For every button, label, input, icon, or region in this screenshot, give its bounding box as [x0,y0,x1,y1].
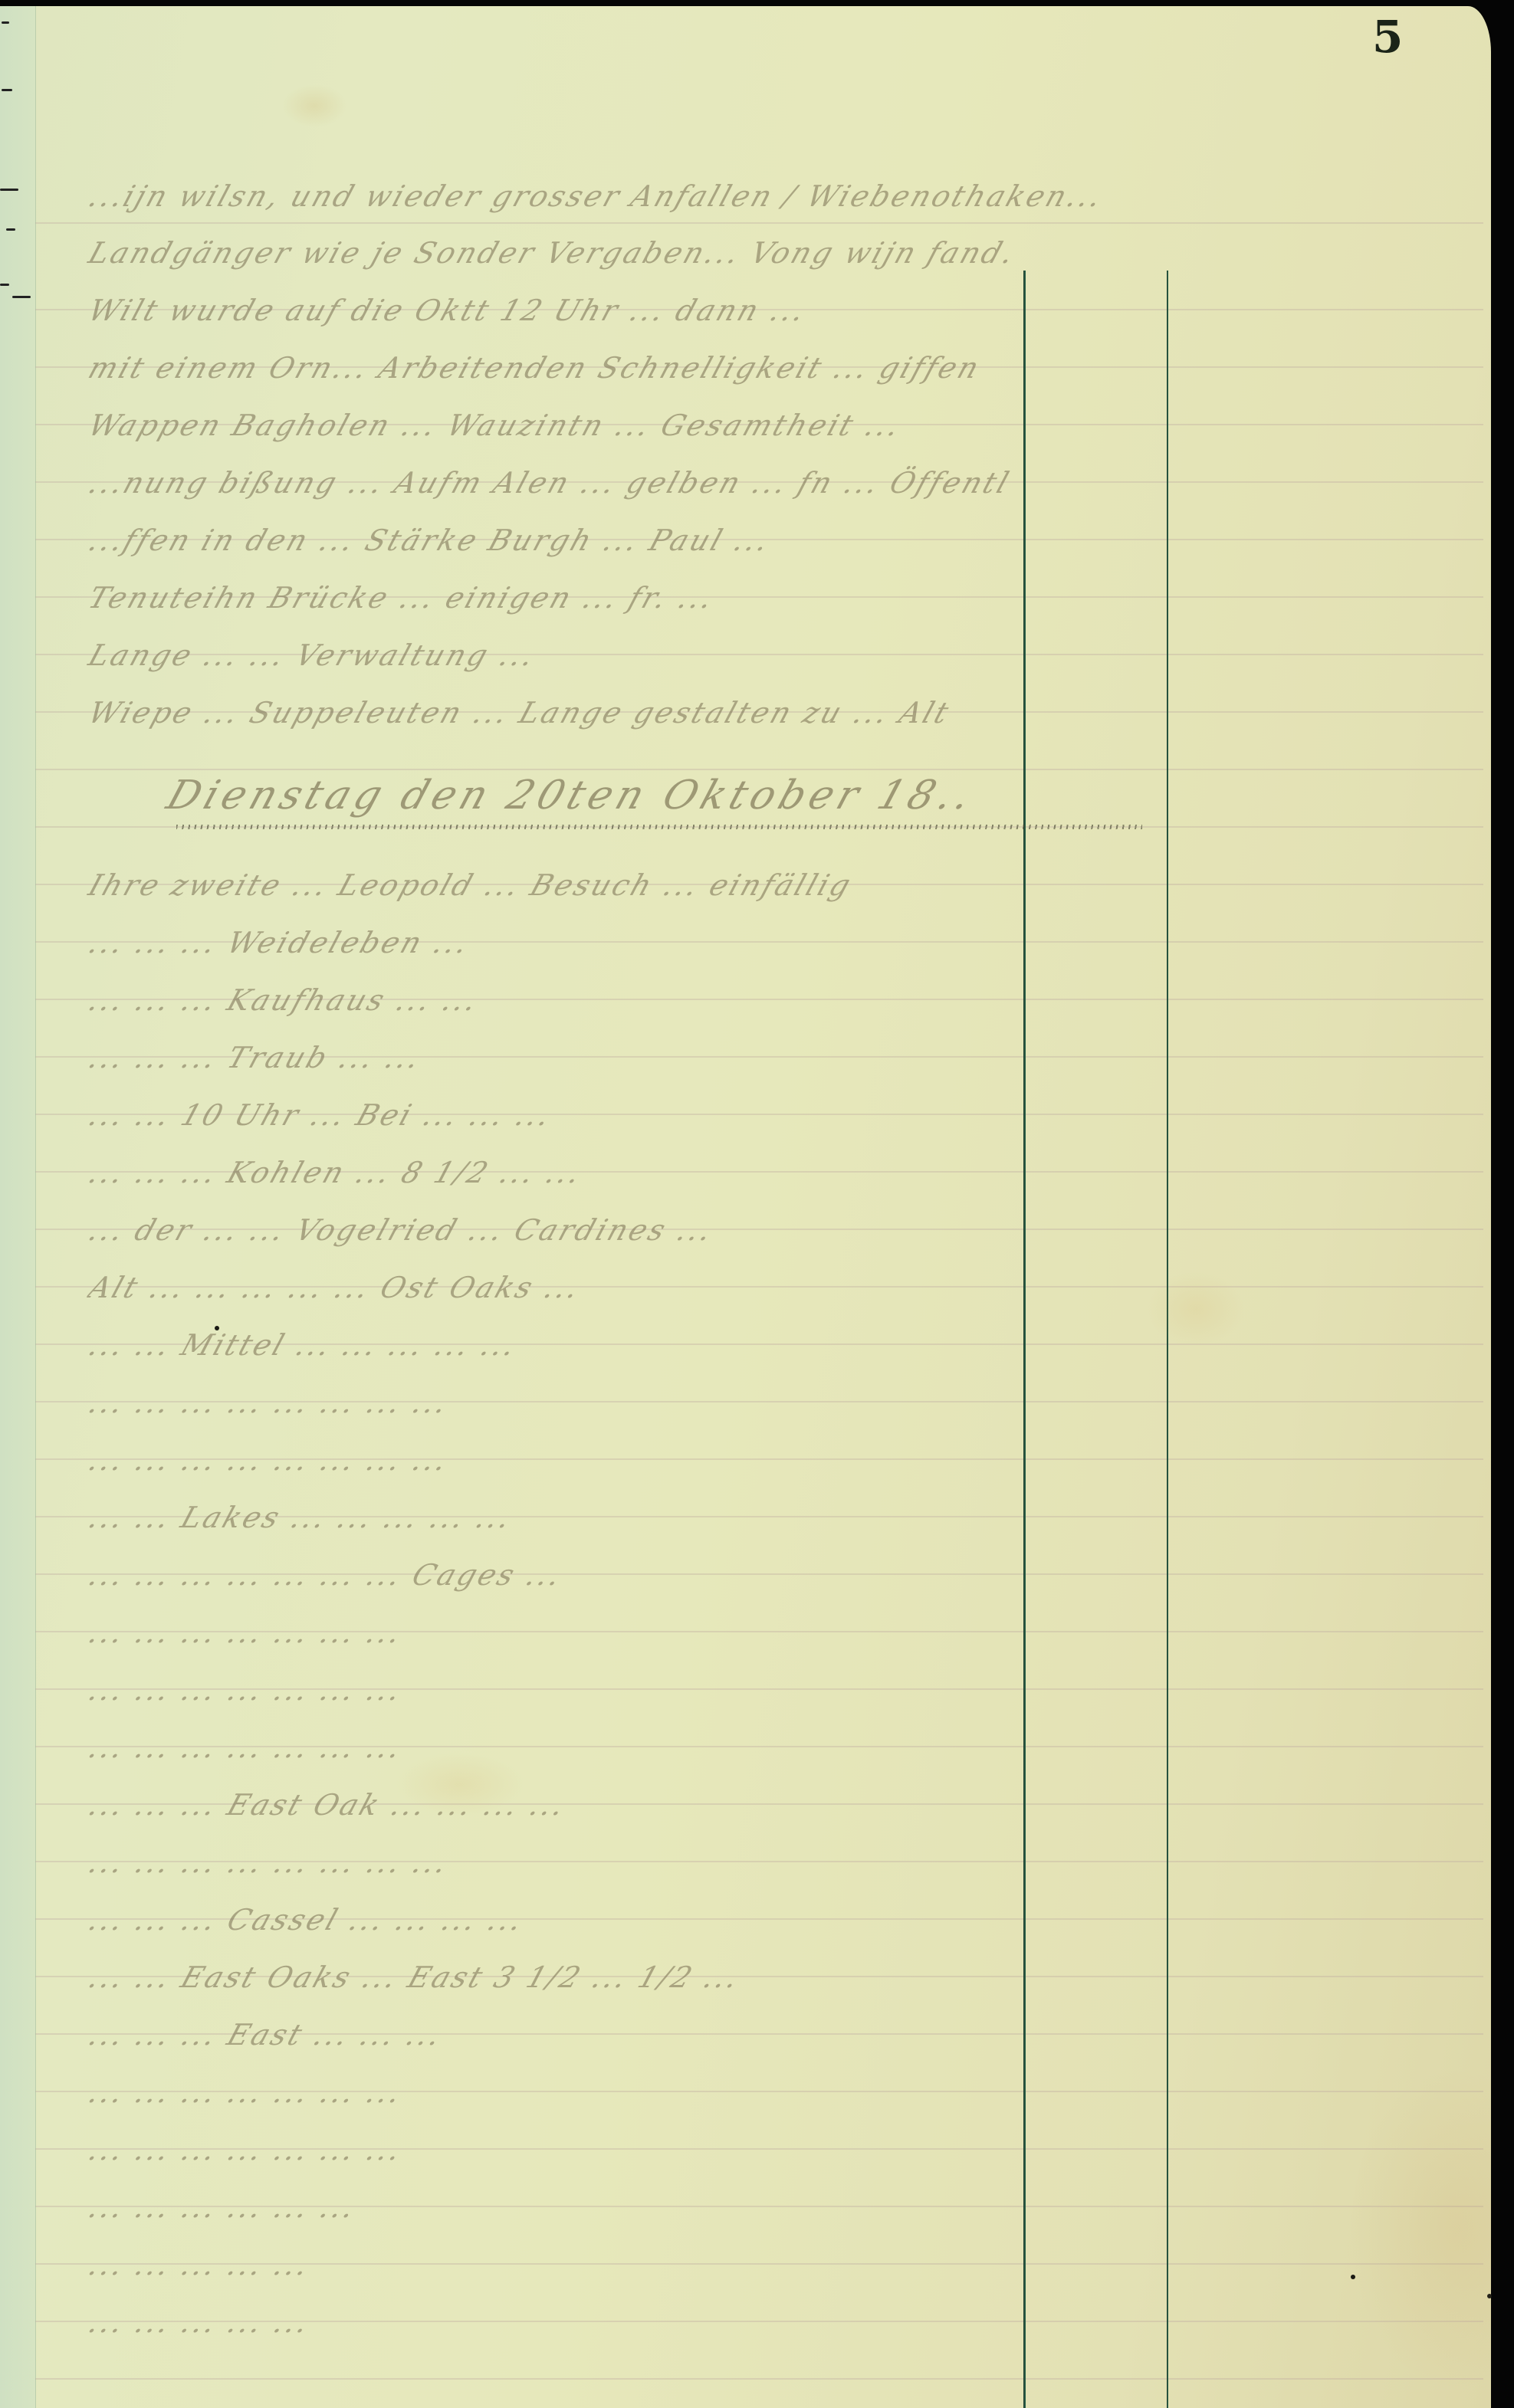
handwriting-line: Landgänger wie je Sonder Vergaben... Von… [84,236,1475,270]
handwriting-line: ... der ... ... Vogelried ... Cardines .… [84,1213,1475,1247]
handwriting-line: ... ... ... ... ... ... [84,2190,1475,2224]
handwriting-line: Wappen Bagholen ... Wauzintn ... Gesamth… [84,408,1475,442]
handwriting-line: ... ... ... ... ... ... ... [84,2075,1475,2109]
binding-strip [0,6,36,2408]
handwriting-line: ... ... East Oaks ... East 3 1/2 ... 1/2… [84,1960,1475,1994]
margin-mark [2,21,9,24]
handwriting-line: Lange ... ... Verwaltung ... [84,638,1475,672]
handwriting-line: ... ... ... ... ... ... ... Cages ... [84,1558,1475,1592]
margin-mark [0,189,18,191]
ink-speck [215,1326,219,1330]
handwriting-line: Wilt wurde auf die Oktt 12 Uhr ... dann … [84,294,1475,327]
handwriting-line: ... ... Lakes ... ... ... ... ... [84,1501,1475,1534]
handwriting-line: ... ... ... ... ... ... ... [84,1673,1475,1707]
handwriting-line: ... ... ... ... ... ... ... ... [84,1443,1475,1477]
ruled-line [35,769,1483,770]
handwriting-line: Alt ... ... ... ... ... Ost Oaks ... [84,1271,1475,1304]
handwriting-line: ...ijn wilsn, und wieder grosser Anfalle… [84,179,1475,213]
handwriting-line: ... ... ... ... ... ... ... [84,2133,1475,2167]
handwriting-line: ... ... ... Kohlen ... 8 1/2 ... ... [84,1156,1475,1189]
ledger-page: 5 ...ijn wilsn, und wieder grosser Anfal… [0,6,1491,2408]
handwriting-line: ... ... Mittel ... ... ... ... ... [84,1328,1475,1362]
handwriting-line: ...nung bißung ... Aufm Alen ... gelben … [84,466,1475,500]
handwriting-line: ... ... ... Weideleben ... [84,926,1475,960]
entry-heading: Dienstag den 20ten Oktober 18.. [161,773,980,819]
margin-mark [2,89,12,91]
handwriting-line: Ihre zweite ... Leopold ... Besuch ... e… [84,868,1475,902]
handwriting-line: ... ... ... Cassel ... ... ... ... [84,1903,1475,1937]
ruled-line [35,222,1483,224]
handwriting-line: ... ... ... East Oak ... ... ... ... [84,1788,1475,1822]
margin-mark [6,228,15,231]
ruled-line [35,2378,1483,2380]
heading-underline [176,825,1142,829]
page-number: 5 [1372,11,1403,63]
handwriting-line: Tenuteihn Brücke ... einigen ... fr. ... [84,581,1475,615]
handwriting-line: ...ffen in den ... Stärke Burgh ... Paul… [84,523,1475,557]
handwriting-line: ... ... ... ... ... [84,2248,1475,2282]
handwriting-line: ... ... ... ... ... ... ... [84,1616,1475,1649]
margin-mark [12,296,31,298]
handwriting-line: ... ... ... ... ... [84,2305,1475,2339]
handwriting-line: ... ... ... ... ... ... ... [84,1731,1475,1764]
ink-speck [1487,2294,1492,2298]
ink-speck [1351,2275,1355,2279]
handwriting-line: ... ... ... Kaufhaus ... ... [84,983,1475,1017]
handwriting-line: Wiepe ... Suppeleuten ... Lange gestalte… [84,696,1475,730]
handwriting-line: ... ... 10 Uhr ... Bei ... ... ... [84,1098,1475,1132]
margin-mark [0,284,9,286]
handwriting-line: mit einem Orn... Arbeitenden Schnelligke… [84,351,1475,385]
handwriting-line: ... ... ... East ... ... ... [84,2018,1475,2052]
handwriting-line: ... ... ... ... ... ... ... ... [84,1386,1475,1419]
handwriting-line: ... ... ... ... ... ... ... ... [84,1845,1475,1879]
handwriting-line: ... ... ... Traub ... ... [84,1041,1475,1074]
